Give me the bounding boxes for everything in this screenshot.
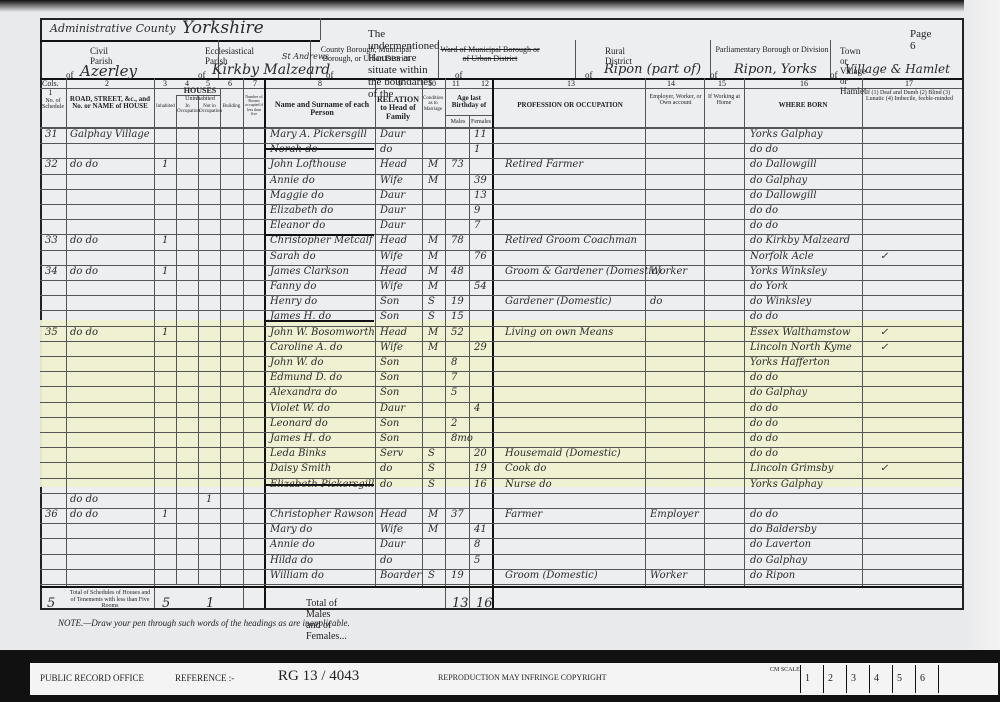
- person-name: Violet W. do: [270, 403, 330, 414]
- person-name: Norah do: [270, 144, 318, 155]
- street-name: do do: [70, 327, 98, 338]
- col-where-born-header: WHERE BORN: [746, 102, 860, 109]
- grid-line: [40, 523, 962, 524]
- copyright-text: REPRODUCTION MAY INFRINGE COPYRIGHT: [438, 673, 607, 682]
- schedule-number: 36: [45, 509, 58, 520]
- of-label: of: [66, 70, 74, 80]
- birthplace: do do: [750, 205, 778, 216]
- admin-county-value: Yorkshire: [182, 18, 264, 38]
- note-text: NOTE.—Draw your pen through such words o…: [58, 618, 350, 628]
- inhabited-count: 1: [162, 266, 168, 277]
- birthplace: Yorks Galphay: [750, 129, 823, 140]
- col-relation-header: RELATION to Head of Family: [376, 96, 420, 121]
- employment-status: Worker: [650, 570, 687, 581]
- grid-line: [445, 115, 492, 116]
- of-label: of: [326, 70, 334, 80]
- col-building-header: Building: [221, 104, 242, 109]
- birthplace: do Baldersby: [750, 524, 816, 535]
- birthplace: do Kirkby Malzeard: [750, 235, 850, 246]
- occupation: Gardener (Domestic): [505, 296, 612, 307]
- total-not-in-occupation: 1: [206, 596, 214, 611]
- grid-line: [40, 189, 962, 190]
- person-name: Caroline A. do: [270, 342, 342, 353]
- age-female: 19: [474, 463, 487, 474]
- col-number: 17: [905, 79, 913, 88]
- col-inhabited-header: Inhabited: [155, 104, 176, 109]
- grid-line: [40, 447, 962, 448]
- grid-line: [862, 78, 863, 586]
- intro-text: The undermentioned Houses are situate wi…: [368, 28, 439, 100]
- birthplace: do do: [750, 448, 778, 459]
- birthplace: do Galphay: [750, 555, 807, 566]
- age-male: 8: [451, 357, 457, 368]
- grid-line: [40, 128, 962, 129]
- condition: M: [428, 509, 438, 520]
- birthplace: Yorks Hafferton: [750, 357, 830, 368]
- total-inhabited: 5: [162, 596, 170, 611]
- col-at-home-header: If Working at Home: [705, 94, 743, 107]
- grid-line: [40, 250, 962, 251]
- col-uninhabited-header: Uninhabited: [176, 96, 224, 102]
- grid-line: [40, 280, 962, 281]
- col-name-header: Name and Surname of each Person: [272, 101, 372, 118]
- col-number: 14: [667, 79, 675, 88]
- county-borough-label: County Borough, Municipal Borough, or Ur…: [316, 46, 416, 64]
- birthplace: Lincoln North Kyme: [750, 342, 852, 353]
- grid-line: [40, 584, 962, 585]
- schedule-number: 31: [45, 129, 58, 140]
- relation: Son: [380, 296, 399, 307]
- civil-parish-value: Azerley: [80, 62, 137, 80]
- grid-line: [40, 554, 962, 555]
- grid-line: [40, 493, 962, 494]
- age-female: 54: [474, 281, 487, 292]
- relation: Daur: [380, 205, 405, 216]
- birthplace: Yorks Galphay: [750, 479, 823, 490]
- person-name: William do: [270, 570, 324, 581]
- grid-line: [40, 78, 962, 80]
- col-condition-header: Condition as to Marriage: [423, 96, 443, 112]
- birthplace: do Ripon: [750, 570, 795, 581]
- grid-line: [645, 78, 646, 586]
- relation: Serv: [380, 448, 403, 459]
- col-number: 10: [428, 79, 436, 88]
- schedule-number: 33: [45, 235, 58, 246]
- total-females: 16: [476, 596, 493, 611]
- birthplace: do do: [750, 220, 778, 231]
- relation: Daur: [380, 220, 405, 231]
- ward-label: Ward of Municipal Borough or of Urban Di…: [440, 46, 540, 64]
- relation: Daur: [380, 403, 405, 414]
- col-not-in-occupation-header: Not in Occupation: [199, 104, 220, 115]
- col-age-header: Age last Birthday of: [446, 95, 492, 110]
- town-value: Village & Hamlet: [845, 62, 950, 76]
- eccl-parish-value: Kirkby Malzeard: [212, 62, 330, 78]
- relation: Son: [380, 372, 399, 383]
- person-name: Christopher Rawson: [270, 509, 374, 520]
- age-female: 41: [474, 524, 487, 535]
- grid-line: [40, 432, 962, 433]
- birthplace: do Dallowgill: [750, 159, 817, 170]
- col-number: 12: [481, 79, 489, 88]
- grid-line: [320, 18, 321, 40]
- scan-edge: [964, 0, 1000, 650]
- employment-status: Employer: [650, 509, 699, 520]
- person-name: James Clarkson: [270, 266, 349, 277]
- occupation: Groom & Gardener (Domestic): [505, 266, 661, 277]
- person-name: Henry do: [270, 296, 317, 307]
- parl-borough-label: Parliamentary Borough or Division: [712, 46, 832, 55]
- condition: M: [428, 342, 438, 353]
- relation: Son: [380, 433, 399, 444]
- scale-mark: 6: [915, 665, 925, 693]
- scale-mark: 4: [869, 665, 879, 693]
- street-name: do do: [70, 509, 98, 520]
- relation: Wife: [380, 175, 403, 186]
- person-name: Hilda do: [270, 555, 313, 566]
- person-name: James H. do: [270, 311, 331, 322]
- occupation: Nurse do: [505, 479, 552, 490]
- col-infirmity-header: If (1) Deaf and Dumb (2) Blind (3) Lunat…: [866, 90, 956, 103]
- inhabited-count: 1: [162, 327, 168, 338]
- of-label: of: [585, 70, 593, 80]
- relation: Head: [380, 159, 407, 170]
- person-name: Leda Binks: [270, 448, 326, 459]
- schedule-number: 32: [45, 159, 58, 170]
- age-male: 78: [451, 235, 464, 246]
- age-female: 20: [474, 448, 487, 459]
- age-female: 5: [474, 555, 480, 566]
- page-number: Page 6: [910, 28, 931, 52]
- person-name: Mary do: [270, 524, 312, 535]
- age-male: 48: [451, 266, 464, 277]
- occupation: Housemaid (Domestic): [505, 448, 621, 459]
- age-female: 9: [474, 205, 480, 216]
- scale-mark: 5: [892, 665, 902, 693]
- grid-line: [40, 310, 962, 311]
- age-female: 76: [474, 251, 487, 262]
- infirmity: ✓: [880, 251, 888, 262]
- employment-status: Worker: [650, 266, 687, 277]
- inhabited-count: 1: [162, 509, 168, 520]
- condition: M: [428, 159, 438, 170]
- condition: S: [428, 448, 435, 459]
- birthplace: do do: [750, 509, 778, 520]
- relation: do: [380, 555, 392, 566]
- age-male: 52: [451, 327, 464, 338]
- birthplace: do do: [750, 311, 778, 322]
- person-name: Annie do: [270, 539, 315, 550]
- grid-line: [40, 295, 962, 296]
- admin-county-label: Administrative County: [50, 22, 175, 35]
- person-name: Alexandra do: [270, 387, 337, 398]
- col-schedule-header: No. of Schedule: [41, 98, 65, 111]
- age-female: 4: [474, 403, 480, 414]
- relation: Boarder: [380, 570, 421, 581]
- birthplace: do Laverton: [750, 539, 811, 550]
- total-schedules: 5: [47, 596, 55, 611]
- scale-mark: [938, 665, 943, 693]
- street-name: do do: [70, 235, 98, 246]
- birthplace: Lincoln Grimsby: [750, 463, 833, 474]
- condition: M: [428, 235, 438, 246]
- grid-line: [40, 143, 962, 144]
- occupation: Farmer: [505, 509, 542, 520]
- col-number: 8: [318, 79, 322, 88]
- schedule-number: 35: [45, 327, 58, 338]
- birthplace: do do: [750, 418, 778, 429]
- occupation: Retired Groom Coachman: [505, 235, 637, 246]
- col-street-header: ROAD, STREET, &c., and No. or NAME of HO…: [66, 96, 154, 111]
- occupation: Groom (Domestic): [505, 570, 598, 581]
- relation: Son: [380, 387, 399, 398]
- col-males-header: Males: [447, 119, 469, 125]
- scale-mark: 2: [823, 665, 833, 693]
- birthplace: do do: [750, 372, 778, 383]
- age-female: 8: [474, 539, 480, 550]
- age-female: 11: [474, 129, 487, 140]
- of-label: of: [830, 70, 838, 80]
- grid-line: [40, 402, 962, 403]
- street-name: Galphay Village: [70, 129, 150, 140]
- col-number: Cols. 1: [42, 79, 59, 97]
- grid-line: [40, 586, 962, 588]
- person-name: Daisy Smith: [270, 463, 331, 474]
- birthplace: do Galphay: [750, 175, 807, 186]
- grid-line: [375, 78, 376, 586]
- relation: Wife: [380, 524, 403, 535]
- birthplace: do York: [750, 281, 788, 292]
- grid-line: [40, 174, 962, 175]
- person-name: Elizabeth do: [270, 205, 333, 216]
- condition: M: [428, 266, 438, 277]
- age-female: 1: [474, 144, 480, 155]
- relation: do: [380, 479, 392, 490]
- birthplace: Essex Walthamstow: [750, 327, 851, 338]
- age-female: 29: [474, 342, 487, 353]
- age-male: 37: [451, 509, 464, 520]
- rural-district-value: Ripon (part of): [604, 62, 701, 77]
- age-male: 8mo: [451, 433, 473, 444]
- grid-line: [40, 158, 962, 159]
- grid-line: [40, 478, 962, 479]
- person-name: Mary A. Pickersgill: [270, 129, 367, 140]
- street-name: do do: [70, 159, 98, 170]
- of-label: of: [198, 70, 206, 80]
- relation: do: [380, 144, 392, 155]
- infirmity: ✓: [880, 463, 888, 474]
- scale-mark: 1: [800, 665, 810, 693]
- birthplace: Yorks Winksley: [750, 266, 827, 277]
- reference-band: PUBLIC RECORD OFFICE REFERENCE :- RG 13 …: [30, 660, 998, 698]
- person-name: John Lofthouse: [270, 159, 346, 170]
- age-male: 5: [451, 387, 457, 398]
- occupation: Retired Farmer: [505, 159, 583, 170]
- grid-line: [40, 569, 962, 570]
- age-male: 2: [451, 418, 457, 429]
- col-number: 7: [253, 79, 257, 88]
- col-females-header: Females: [470, 119, 492, 125]
- person-name: Leonard do: [270, 418, 328, 429]
- col-number: 2: [105, 79, 109, 88]
- person-name: Maggie do: [270, 190, 324, 201]
- relation: Head: [380, 509, 407, 520]
- col-number: 9: [398, 79, 402, 88]
- person-name: John W. Bosomworth: [270, 327, 375, 338]
- birthplace: do do: [750, 433, 778, 444]
- person-name: Fanny do: [270, 281, 316, 292]
- relation: Daur: [380, 190, 405, 201]
- condition: M: [428, 281, 438, 292]
- grid-line: [422, 78, 423, 586]
- age-male: 19: [451, 570, 464, 581]
- person-name: Christopher Metcalf: [270, 235, 373, 246]
- grid-line: [40, 538, 962, 539]
- person-name: Eleanor do: [270, 220, 325, 231]
- age-female: 39: [474, 175, 487, 186]
- birthplace: do Winksley: [750, 296, 811, 307]
- birthplace: do do: [750, 403, 778, 414]
- grid-line: [40, 371, 962, 372]
- col-houses-header: HOUSES: [156, 87, 244, 95]
- grid-line: [40, 40, 320, 42]
- col-occupation-header: PROFESSION OR OCCUPATION: [500, 102, 640, 109]
- scale-mark: 3: [846, 665, 856, 693]
- relation: Head: [380, 266, 407, 277]
- person-name: Edmund D. do: [270, 372, 342, 383]
- reference-value: RG 13 / 4043: [278, 668, 359, 685]
- inhabited-count: 1: [162, 235, 168, 246]
- condition: S: [428, 311, 435, 322]
- condition: M: [428, 175, 438, 186]
- grid-line: [220, 88, 221, 586]
- office-label: PUBLIC RECORD OFFICE: [40, 673, 144, 683]
- of-label: of: [710, 70, 718, 80]
- occupation: Cook do: [505, 463, 546, 474]
- birthplace: do do: [750, 144, 778, 155]
- total-schedules-label: Total of Schedules of Houses and of Tene…: [68, 590, 152, 610]
- grid-line: [40, 417, 962, 418]
- condition: M: [428, 251, 438, 262]
- grid-line: [40, 386, 962, 387]
- condition: M: [428, 327, 438, 338]
- person-name: Annie do: [270, 175, 315, 186]
- uninhabited-count: 1: [206, 494, 212, 505]
- grid-line: [575, 40, 576, 78]
- grid-line: [40, 204, 962, 205]
- scan-shadow: [0, 0, 1000, 12]
- person-name: Elizabeth Pickersgill: [270, 479, 374, 490]
- grid-line: [744, 78, 745, 586]
- relation: Wife: [380, 281, 403, 292]
- relation: Wife: [380, 251, 403, 262]
- col-number: 13: [567, 79, 575, 88]
- occupation: Living on own Means: [505, 327, 613, 338]
- street-name: do do: [70, 266, 98, 277]
- street-name: do do: [70, 494, 98, 505]
- relation: Head: [380, 327, 407, 338]
- relation: Son: [380, 311, 399, 322]
- col-number: 16: [800, 79, 808, 88]
- col-number: 11: [452, 79, 460, 88]
- relation: Daur: [380, 539, 405, 550]
- age-male: 7: [451, 372, 457, 383]
- person-name: James H. do: [270, 433, 331, 444]
- age-male: 15: [451, 311, 464, 322]
- person-name: John W. do: [270, 357, 323, 368]
- condition: S: [428, 296, 435, 307]
- schedule-number: 34: [45, 266, 58, 277]
- col-rooms-header: Number of Rooms occupied if less than fi…: [244, 95, 264, 116]
- relation: Son: [380, 418, 399, 429]
- age-male: 73: [451, 159, 464, 170]
- parl-borough-value: Ripon, Yorks: [734, 62, 817, 77]
- col-number: 15: [718, 79, 726, 88]
- age-female: 7: [474, 220, 480, 231]
- age-male: 19: [451, 296, 464, 307]
- relation: Head: [380, 235, 407, 246]
- infirmity: ✓: [880, 342, 888, 353]
- relation: do: [380, 463, 392, 474]
- relation: Son: [380, 357, 399, 368]
- col-employer-header: Employer, Worker, or Own account: [648, 94, 703, 107]
- condition: S: [428, 479, 435, 490]
- birthplace: Norfolk Acle: [750, 251, 814, 262]
- grid-line: [66, 78, 67, 586]
- relation: Daur: [380, 129, 405, 140]
- employment-status: do: [650, 296, 662, 307]
- reference-label: REFERENCE :-: [175, 673, 234, 683]
- total-males: 13: [452, 596, 469, 611]
- person-name: Sarah do: [270, 251, 316, 262]
- grid-line: [40, 219, 962, 220]
- condition: S: [428, 463, 435, 474]
- age-female: 13: [474, 190, 487, 201]
- relation: Wife: [380, 342, 403, 353]
- grid-line: [40, 508, 962, 509]
- infirmity: ✓: [880, 327, 888, 338]
- condition: M: [428, 524, 438, 535]
- grid-line: [704, 78, 705, 586]
- scale-label: CM SCALE: [770, 667, 794, 673]
- condition: S: [428, 570, 435, 581]
- inhabited-count: 1: [162, 159, 168, 170]
- birthplace: do Dallowgill: [750, 190, 817, 201]
- birthplace: do Galphay: [750, 387, 807, 398]
- age-female: 16: [474, 479, 487, 490]
- col-in-occupation-header: In Occupation: [177, 104, 198, 115]
